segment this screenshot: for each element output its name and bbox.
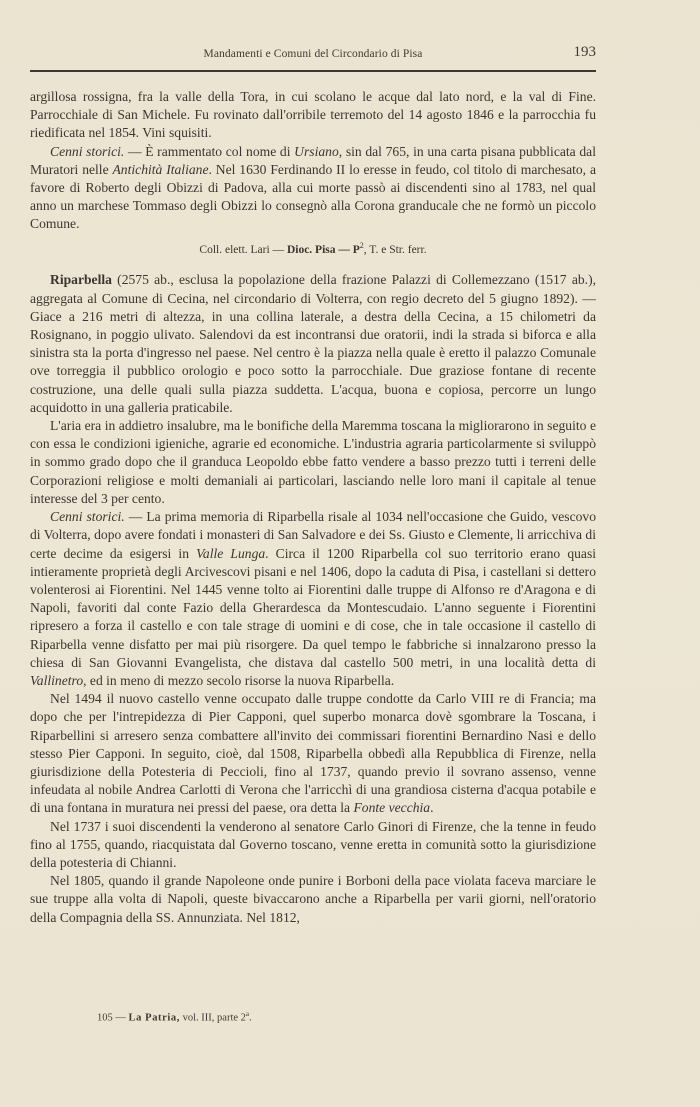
paragraph-cenni-storici-1: Cenni storici. — È rammentato col nome d… (30, 143, 596, 234)
page-number: 193 (574, 44, 597, 61)
text-run: Coll. elett. Lari — (199, 243, 287, 255)
text-run: vol. III, parte 2 (180, 1013, 246, 1024)
printer-signature: 105 — La Patria, vol. III, parte 2a. (97, 1010, 252, 1024)
text-run: . (430, 800, 433, 815)
text-run: Nel 1494 il nuovo castello venne occupat… (30, 691, 596, 815)
paragraph-riparbella: Riparbella (2575 ab., esclusa la popolaz… (30, 271, 596, 417)
header-rule (30, 70, 596, 72)
paragraph-aria: L'aria era in addietro insalubre, ma le … (30, 417, 596, 508)
text-run: . (249, 1013, 252, 1024)
italic-term: Ursiano (294, 144, 339, 159)
paragraph-1: argillosa rossigna, fra la valle della T… (30, 88, 596, 143)
paragraph-1737: Nel 1737 i suoi discendenti la venderono… (30, 818, 596, 873)
book-page: Mandamenti e Comuni del Circondario di P… (0, 0, 700, 1107)
commune-meta-line: Coll. elett. Lari — Dioc. Pisa — P2, T. … (30, 238, 596, 258)
paragraph-1494: Nel 1494 il nuovo castello venne occupat… (30, 690, 596, 817)
text-run: (2575 ab., esclusa la popolazione della … (30, 272, 596, 414)
text-run: , ed in meno di mezzo secolo risorse la … (83, 673, 394, 688)
running-head: Mandamenti e Comuni del Circondario di P… (30, 44, 596, 64)
entry-heading: Riparbella (50, 272, 112, 287)
italic-term: Valle Lunga (196, 546, 265, 561)
text-run: . Circa il 1200 Riparbella col suo terri… (30, 546, 596, 670)
bold-run: Dioc. Pisa — P (287, 243, 360, 255)
italic-term: Vallinetro (30, 673, 83, 688)
text-run: , T. e Str. ferr. (364, 243, 427, 255)
paragraph-cenni-storici-2: Cenni storici. — La prima memoria di Rip… (30, 508, 596, 690)
italic-term: Fonte vecchia (353, 800, 430, 815)
section-lead: Cenni storici. (50, 509, 125, 524)
body-text: argillosa rossigna, fra la valle della T… (30, 88, 596, 927)
paragraph-1805: Nel 1805, quando il grande Napoleone ond… (30, 872, 596, 927)
running-title: Mandamenti e Comuni del Circondario di P… (30, 48, 596, 60)
signature-number: 105 — (97, 1013, 129, 1024)
section-lead: Cenni storici. (50, 144, 124, 159)
text-run: — È rammentato col nome di (124, 144, 294, 159)
signature-title: La Patria, (129, 1013, 181, 1024)
italic-term: Antichità Italiane (113, 162, 209, 177)
